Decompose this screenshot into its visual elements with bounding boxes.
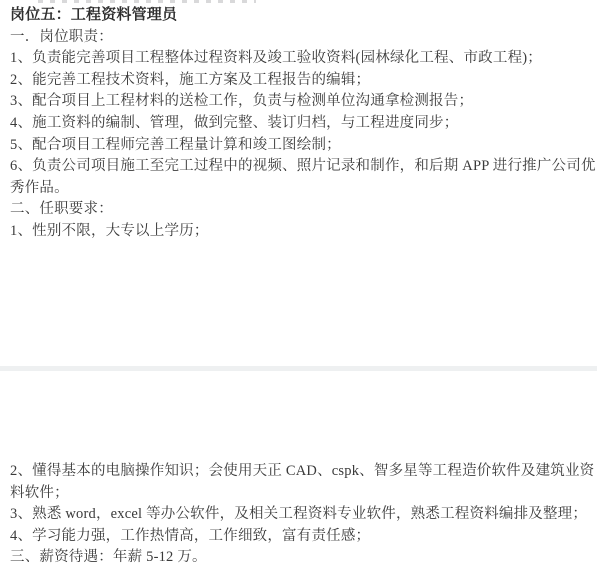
requirement-item-3: 3、熟悉 word，excel 等办公软件，及相关工程资料专业软件，熟悉工程资料… [10,504,589,526]
duty-item-4: 4、施工资料的编制、管理，做到完整、装订归档，与工程进度同步； [10,113,589,135]
requirement-item-2: 2、懂得基本的电脑操作知识；会使用天正 CAD、cspk、智多星等工程造价软件及… [10,461,589,483]
requirement-item-2-wrap: 料软件； [10,483,589,505]
page-break-divider [0,366,597,371]
duty-item-6-wrap: 秀作品。 [10,178,589,200]
duty-item-3: 3、配合项目上工程材料的送检工作，负责与检测单位沟通拿检测报告； [10,91,589,113]
cropped-line-remnant [38,0,256,3]
job-description-page1: 岗位五：工程资料管理员 一．岗位职责： 1、负责能完善项目工程整体过程资料及竣工… [0,5,597,243]
duty-item-2: 2、能完善工程技术资料，施工方案及工程报告的编辑； [10,70,589,92]
requirement-item-4: 4、学习能力强，工作热情高，工作细致，富有责任感； [10,526,589,548]
duty-item-6: 6、负责公司项目施工至完工过程中的视频、照片记录和制作，和后期 APP 进行推广… [10,156,589,178]
section-requirements-heading: 二、任职要求： [10,199,589,221]
requirement-item-1: 1、性别不限，大专以上学历； [10,221,589,243]
job-title: 岗位五：工程资料管理员 [10,5,589,27]
section-duties-heading: 一．岗位职责： [10,27,589,49]
job-description-page2: 2、懂得基本的电脑操作知识；会使用天正 CAD、cspk、智多星等工程造价软件及… [0,461,597,569]
duty-item-1: 1、负责能完善项目工程整体过程资料及竣工验收资料(园林绿化工程、市政工程)； [10,48,589,70]
document-page: 岗位五：工程资料管理员 一．岗位职责： 1、负责能完善项目工程整体过程资料及竣工… [0,0,597,574]
section-salary: 三、薪资待遇：年薪 5-12 万。 [10,547,589,569]
duty-item-5: 5、配合项目工程师完善工程量计算和竣工图绘制； [10,135,589,157]
